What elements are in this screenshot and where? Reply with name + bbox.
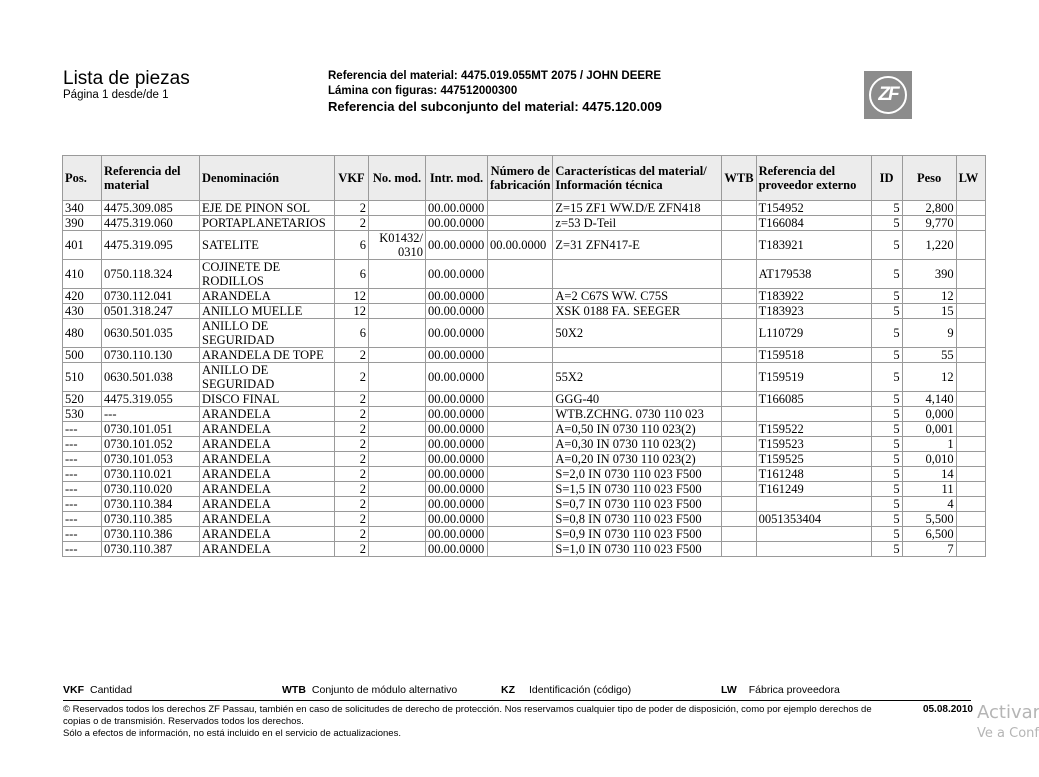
cell-mod-intro: 00.00.0000 [426, 260, 488, 289]
cell-id: 5 [871, 216, 902, 231]
cell-characteristics: 55X2 [553, 363, 722, 392]
cell-serial-number [488, 363, 553, 392]
cell-id: 5 [871, 482, 902, 497]
cell-supplier-ref: L110729 [756, 319, 871, 348]
cell-weight: 11 [902, 482, 956, 497]
cell-lw [956, 407, 985, 422]
cell-mod-number [369, 482, 426, 497]
reference-block: Referencia del material: 4475.019.055MT … [328, 69, 662, 115]
cell-wtb [722, 542, 756, 557]
cell-id: 5 [871, 422, 902, 437]
cell-characteristics: 50X2 [553, 319, 722, 348]
cell-characteristics: S=1,5 IN 0730 110 023 F500 [553, 482, 722, 497]
cell-supplier-ref: T183921 [756, 231, 871, 260]
cell-material-ref: --- [102, 407, 200, 422]
cell-vkf: 2 [335, 497, 369, 512]
table-row: 4800630.501.035ANILLO DE SEGURIDAD600.00… [63, 319, 986, 348]
cell-mod-number [369, 363, 426, 392]
cell-weight: 4,140 [902, 392, 956, 407]
cell-pos: --- [63, 422, 102, 437]
header-denomination: Denominación [200, 156, 335, 201]
cell-id: 5 [871, 437, 902, 452]
cell-mod-intro: 00.00.0000 [426, 482, 488, 497]
copyright-line-1: © Reservados todos los derechos ZF Passa… [63, 704, 973, 716]
cell-pos: --- [63, 467, 102, 482]
cell-serial-number [488, 467, 553, 482]
cell-denomination: ARANDELA [200, 467, 335, 482]
cell-wtb [722, 512, 756, 527]
cell-lw [956, 542, 985, 557]
cell-denomination: ARANDELA [200, 497, 335, 512]
cell-id: 5 [871, 392, 902, 407]
cell-serial-number [488, 392, 553, 407]
cell-mod-intro: 00.00.0000 [426, 422, 488, 437]
cell-lw [956, 482, 985, 497]
cell-pos: 401 [63, 231, 102, 260]
cell-weight: 14 [902, 467, 956, 482]
cell-serial-number [488, 527, 553, 542]
cell-supplier-ref: T161248 [756, 467, 871, 482]
cell-wtb [722, 482, 756, 497]
cell-pos: --- [63, 512, 102, 527]
cell-vkf: 2 [335, 216, 369, 231]
cell-mod-intro: 00.00.0000 [426, 304, 488, 319]
cell-characteristics: S=2,0 IN 0730 110 023 F500 [553, 467, 722, 482]
cell-mod-number [369, 512, 426, 527]
cell-supplier-ref: T161249 [756, 482, 871, 497]
cell-supplier-ref: T159522 [756, 422, 871, 437]
cell-id: 5 [871, 497, 902, 512]
table-row: ---0730.110.021ARANDELA200.00.0000S=2,0 … [63, 467, 986, 482]
cell-id: 5 [871, 542, 902, 557]
copyright-line-2: copias o de transmisión. Reservados todo… [63, 716, 973, 728]
cell-weight: 2,800 [902, 201, 956, 216]
cell-mod-number [369, 260, 426, 289]
cell-weight: 1 [902, 437, 956, 452]
cell-lw [956, 467, 985, 482]
cell-denomination: ANILLO DE SEGURIDAD [200, 319, 335, 348]
cell-vkf: 2 [335, 392, 369, 407]
cell-serial-number [488, 216, 553, 231]
header-vkf: VKF [335, 156, 369, 201]
cell-mod-number [369, 407, 426, 422]
cell-mod-number [369, 467, 426, 482]
legend-item: LWFábrica proveedora [721, 684, 840, 697]
cell-id: 5 [871, 260, 902, 289]
cell-wtb [722, 201, 756, 216]
cell-weight: 1,220 [902, 231, 956, 260]
cell-mod-intro: 00.00.0000 [426, 348, 488, 363]
cell-serial-number [488, 407, 553, 422]
cell-wtb [722, 467, 756, 482]
cell-lw [956, 260, 985, 289]
cell-denomination: ARANDELA [200, 437, 335, 452]
cell-vkf: 2 [335, 437, 369, 452]
cell-vkf: 2 [335, 467, 369, 482]
cell-id: 5 [871, 363, 902, 392]
cell-pos: 510 [63, 363, 102, 392]
cell-mod-number [369, 452, 426, 467]
cell-material-ref: 0730.110.130 [102, 348, 200, 363]
cell-lw [956, 527, 985, 542]
cell-characteristics: A=2 C67S WW. C75S [553, 289, 722, 304]
cell-wtb [722, 304, 756, 319]
cell-wtb [722, 216, 756, 231]
cell-supplier-ref: T159519 [756, 363, 871, 392]
cell-wtb [722, 289, 756, 304]
cell-id: 5 [871, 407, 902, 422]
cell-characteristics: XSK 0188 FA. SEEGER [553, 304, 722, 319]
cell-denomination: ARANDELA [200, 542, 335, 557]
cell-mod-intro: 00.00.0000 [426, 527, 488, 542]
cell-pos: --- [63, 542, 102, 557]
cell-mod-number [369, 392, 426, 407]
cell-pos: 390 [63, 216, 102, 231]
cell-weight: 12 [902, 363, 956, 392]
cell-supplier-ref [756, 407, 871, 422]
header-supplier-ref: Referencia del proveedor externo [756, 156, 871, 201]
activation-watermark: Activar Ve a Conf [977, 702, 1039, 744]
cell-mod-intro: 00.00.0000 [426, 437, 488, 452]
cell-supplier-ref: 0051353404 [756, 512, 871, 527]
table-row: 4014475.319.095SATELITE6K01432/ 031000.0… [63, 231, 986, 260]
cell-pos: --- [63, 437, 102, 452]
cell-characteristics: z=53 D-Teil [553, 216, 722, 231]
cell-denomination: EJE DE PINON SOL [200, 201, 335, 216]
cell-denomination: DISCO FINAL [200, 392, 335, 407]
cell-mod-number [369, 437, 426, 452]
cell-id: 5 [871, 289, 902, 304]
table-row: ---0730.110.387ARANDELA200.00.0000S=1,0 … [63, 542, 986, 557]
cell-wtb [722, 260, 756, 289]
cell-material-ref: 0730.110.021 [102, 467, 200, 482]
cell-mod-intro: 00.00.0000 [426, 363, 488, 392]
cell-material-ref: 0730.101.051 [102, 422, 200, 437]
cell-mod-intro: 00.00.0000 [426, 452, 488, 467]
cell-denomination: ARANDELA [200, 527, 335, 542]
cell-serial-number: 00.00.0000 [488, 231, 553, 260]
cell-characteristics [553, 348, 722, 363]
cell-characteristics: Z=15 ZF1 WW.D/E ZFN418 [553, 201, 722, 216]
cell-mod-number [369, 216, 426, 231]
cell-serial-number [488, 512, 553, 527]
cell-characteristics: S=0,9 IN 0730 110 023 F500 [553, 527, 722, 542]
cell-pos: --- [63, 497, 102, 512]
cell-pos: 420 [63, 289, 102, 304]
cell-wtb [722, 319, 756, 348]
cell-denomination: ANILLO DE SEGURIDAD [200, 363, 335, 392]
cell-lw [956, 512, 985, 527]
cell-vkf: 6 [335, 319, 369, 348]
cell-mod-number [369, 542, 426, 557]
header-mod-intro: Intr. mod. [426, 156, 488, 201]
cell-characteristics: WTB.ZCHNG. 0730 110 023 [553, 407, 722, 422]
cell-mod-intro: 00.00.0000 [426, 289, 488, 304]
cell-weight: 7 [902, 542, 956, 557]
header-weight: Peso [902, 156, 956, 201]
cell-serial-number [488, 542, 553, 557]
legend-item: WTBConjunto de módulo alternativo [282, 684, 457, 697]
cell-denomination: COJINETE DE RODILLOS [200, 260, 335, 289]
table-row: 3904475.319.060PORTAPLANETARIOS200.00.00… [63, 216, 986, 231]
cell-mod-intro: 00.00.0000 [426, 497, 488, 512]
cell-serial-number [488, 348, 553, 363]
cell-denomination: ARANDELA [200, 422, 335, 437]
cell-lw [956, 363, 985, 392]
cell-serial-number [488, 260, 553, 289]
cell-denomination: ANILLO MUELLE [200, 304, 335, 319]
cell-denomination: ARANDELA [200, 512, 335, 527]
disclaimer: Sólo a efectos de información, no está i… [63, 728, 973, 740]
cell-material-ref: 0730.101.053 [102, 452, 200, 467]
table-row: 5204475.319.055DISCO FINAL200.00.0000GGG… [63, 392, 986, 407]
cell-mod-number [369, 422, 426, 437]
cell-weight: 6,500 [902, 527, 956, 542]
cell-vkf: 2 [335, 363, 369, 392]
cell-pos: --- [63, 527, 102, 542]
cell-material-ref: 0730.110.386 [102, 527, 200, 542]
cell-denomination: PORTAPLANETARIOS [200, 216, 335, 231]
cell-pos: --- [63, 452, 102, 467]
cell-weight: 390 [902, 260, 956, 289]
cell-wtb [722, 392, 756, 407]
table-row: ---0730.101.051ARANDELA200.00.0000A=0,50… [63, 422, 986, 437]
page-indicator: Página 1 desde/de 1 [63, 89, 190, 102]
cell-vkf: 2 [335, 452, 369, 467]
cell-vkf: 2 [335, 201, 369, 216]
cell-serial-number [488, 437, 553, 452]
cell-serial-number [488, 289, 553, 304]
cell-mod-number [369, 527, 426, 542]
table-row: ---0730.110.384ARANDELA200.00.0000S=0,7 … [63, 497, 986, 512]
cell-id: 5 [871, 467, 902, 482]
cell-lw [956, 216, 985, 231]
cell-vkf: 2 [335, 348, 369, 363]
cell-id: 5 [871, 231, 902, 260]
cell-pos: 430 [63, 304, 102, 319]
table-row: 3404475.309.085EJE DE PINON SOL200.00.00… [63, 201, 986, 216]
material-reference: Referencia del material: 4475.019.055MT … [328, 69, 662, 84]
parts-table: Pos. Referencia del material Denominació… [62, 155, 986, 557]
cell-characteristics: GGG-40 [553, 392, 722, 407]
table-row: ---0730.101.052ARANDELA200.00.0000A=0,30… [63, 437, 986, 452]
cell-weight: 5,500 [902, 512, 956, 527]
cell-mod-number [369, 289, 426, 304]
table-row: ---0730.101.053ARANDELA200.00.0000A=0,20… [63, 452, 986, 467]
cell-wtb [722, 497, 756, 512]
title-block: Lista de piezas Página 1 desde/de 1 [63, 69, 190, 102]
cell-weight: 0,001 [902, 422, 956, 437]
table-row: ---0730.110.386ARANDELA200.00.0000S=0,9 … [63, 527, 986, 542]
header-id: ID [871, 156, 902, 201]
cell-id: 5 [871, 201, 902, 216]
cell-id: 5 [871, 319, 902, 348]
cell-mod-number: K01432/ 0310 [369, 231, 426, 260]
cell-wtb [722, 407, 756, 422]
cell-mod-intro: 00.00.0000 [426, 407, 488, 422]
cell-material-ref: 0730.110.384 [102, 497, 200, 512]
header-mod-number: No. mod. [369, 156, 426, 201]
cell-supplier-ref: T154952 [756, 201, 871, 216]
cell-serial-number [488, 452, 553, 467]
cell-denomination: ARANDELA [200, 482, 335, 497]
cell-characteristics: A=0,50 IN 0730 110 023(2) [553, 422, 722, 437]
cell-vkf: 6 [335, 260, 369, 289]
header-wtb: WTB [722, 156, 756, 201]
cell-pos: 340 [63, 201, 102, 216]
cell-pos: 480 [63, 319, 102, 348]
table-row: 4300501.318.247ANILLO MUELLE1200.00.0000… [63, 304, 986, 319]
table-row: 5000730.110.130ARANDELA DE TOPE200.00.00… [63, 348, 986, 363]
cell-supplier-ref: T159525 [756, 452, 871, 467]
table-row: ---0730.110.020ARANDELA200.00.0000S=1,5 … [63, 482, 986, 497]
cell-material-ref: 4475.319.055 [102, 392, 200, 407]
cell-pos: 410 [63, 260, 102, 289]
cell-mod-intro: 00.00.0000 [426, 467, 488, 482]
cell-lw [956, 392, 985, 407]
cell-id: 5 [871, 452, 902, 467]
cell-characteristics: S=0,7 IN 0730 110 023 F500 [553, 497, 722, 512]
cell-mod-intro: 00.00.0000 [426, 231, 488, 260]
figure-sheet: Lámina con figuras: 447512000300 [328, 84, 662, 99]
cell-supplier-ref: T183923 [756, 304, 871, 319]
cell-weight: 12 [902, 289, 956, 304]
header-characteristics: Características del material/ Informació… [553, 156, 722, 201]
cell-material-ref: 0730.101.052 [102, 437, 200, 452]
cell-lw [956, 201, 985, 216]
cell-mod-intro: 00.00.0000 [426, 319, 488, 348]
cell-vkf: 2 [335, 482, 369, 497]
cell-vkf: 2 [335, 512, 369, 527]
cell-mod-intro: 00.00.0000 [426, 512, 488, 527]
cell-material-ref: 0630.501.038 [102, 363, 200, 392]
cell-characteristics: S=0,8 IN 0730 110 023 F500 [553, 512, 722, 527]
cell-id: 5 [871, 512, 902, 527]
cell-material-ref: 4475.319.095 [102, 231, 200, 260]
table-row: ---0730.110.385ARANDELA200.00.0000S=0,8 … [63, 512, 986, 527]
cell-vkf: 12 [335, 304, 369, 319]
cell-material-ref: 0501.318.247 [102, 304, 200, 319]
cell-material-ref: 4475.309.085 [102, 201, 200, 216]
cell-material-ref: 0750.118.324 [102, 260, 200, 289]
cell-pos: --- [63, 482, 102, 497]
document-title: Lista de piezas [63, 69, 190, 89]
cell-vkf: 12 [335, 289, 369, 304]
cell-lw [956, 497, 985, 512]
header-material-ref: Referencia del material [102, 156, 200, 201]
cell-lw [956, 437, 985, 452]
cell-wtb [722, 422, 756, 437]
cell-material-ref: 0630.501.035 [102, 319, 200, 348]
cell-supplier-ref: T159518 [756, 348, 871, 363]
cell-denomination: ARANDELA [200, 407, 335, 422]
cell-vkf: 2 [335, 422, 369, 437]
cell-supplier-ref: T159523 [756, 437, 871, 452]
table-row: 5100630.501.038ANILLO DE SEGURIDAD200.00… [63, 363, 986, 392]
print-date: 05.08.2010 [923, 704, 973, 716]
cell-denomination: SATELITE [200, 231, 335, 260]
cell-pos: 530 [63, 407, 102, 422]
cell-material-ref: 0730.112.041 [102, 289, 200, 304]
cell-lw [956, 422, 985, 437]
cell-vkf: 2 [335, 542, 369, 557]
cell-pos: 520 [63, 392, 102, 407]
table-row: 4200730.112.041ARANDELA1200.00.0000A=2 C… [63, 289, 986, 304]
cell-serial-number [488, 201, 553, 216]
cell-supplier-ref [756, 497, 871, 512]
cell-lw [956, 231, 985, 260]
cell-mod-number [369, 497, 426, 512]
cell-serial-number [488, 304, 553, 319]
cell-pos: 500 [63, 348, 102, 363]
cell-supplier-ref: AT179538 [756, 260, 871, 289]
cell-wtb [722, 348, 756, 363]
cell-id: 5 [871, 527, 902, 542]
cell-supplier-ref: T166084 [756, 216, 871, 231]
cell-serial-number [488, 482, 553, 497]
cell-vkf: 6 [335, 231, 369, 260]
cell-id: 5 [871, 304, 902, 319]
cell-mod-intro: 00.00.0000 [426, 392, 488, 407]
cell-mod-number [369, 348, 426, 363]
cell-wtb [722, 452, 756, 467]
cell-serial-number [488, 319, 553, 348]
cell-weight: 55 [902, 348, 956, 363]
legend: VKFCantidad WTBConjunto de módulo altern… [63, 684, 971, 701]
cell-wtb [722, 437, 756, 452]
cell-serial-number [488, 497, 553, 512]
cell-weight: 15 [902, 304, 956, 319]
cell-denomination: ARANDELA [200, 452, 335, 467]
cell-denomination: ARANDELA DE TOPE [200, 348, 335, 363]
cell-characteristics: S=1,0 IN 0730 110 023 F500 [553, 542, 722, 557]
cell-supplier-ref [756, 527, 871, 542]
header-pos: Pos. [63, 156, 102, 201]
cell-characteristics: Z=31 ZFN417-E [553, 231, 722, 260]
cell-weight: 9,770 [902, 216, 956, 231]
legend-item: VKFCantidad [63, 684, 132, 697]
legend-item: KZIdentificación (código) [501, 684, 631, 697]
cell-id: 5 [871, 348, 902, 363]
cell-supplier-ref: T166085 [756, 392, 871, 407]
cell-vkf: 2 [335, 527, 369, 542]
table-row: 4100750.118.324COJINETE DE RODILLOS600.0… [63, 260, 986, 289]
cell-serial-number [488, 422, 553, 437]
table-row: 530---ARANDELA200.00.0000WTB.ZCHNG. 0730… [63, 407, 986, 422]
cell-mod-number [369, 201, 426, 216]
cell-lw [956, 348, 985, 363]
cell-mod-intro: 00.00.0000 [426, 201, 488, 216]
cell-material-ref: 0730.110.385 [102, 512, 200, 527]
cell-lw [956, 452, 985, 467]
cell-supplier-ref: T183922 [756, 289, 871, 304]
cell-characteristics [553, 260, 722, 289]
cell-supplier-ref [756, 542, 871, 557]
header-lw: LW [956, 156, 985, 201]
cell-lw [956, 319, 985, 348]
cell-material-ref: 0730.110.387 [102, 542, 200, 557]
cell-material-ref: 4475.319.060 [102, 216, 200, 231]
cell-lw [956, 304, 985, 319]
cell-wtb [722, 363, 756, 392]
cell-mod-intro: 00.00.0000 [426, 216, 488, 231]
table-header-row: Pos. Referencia del material Denominació… [63, 156, 986, 201]
cell-characteristics: A=0,30 IN 0730 110 023(2) [553, 437, 722, 452]
cell-mod-number [369, 304, 426, 319]
footer: © Reservados todos los derechos ZF Passa… [63, 704, 973, 740]
cell-weight: 0,010 [902, 452, 956, 467]
cell-mod-intro: 00.00.0000 [426, 542, 488, 557]
